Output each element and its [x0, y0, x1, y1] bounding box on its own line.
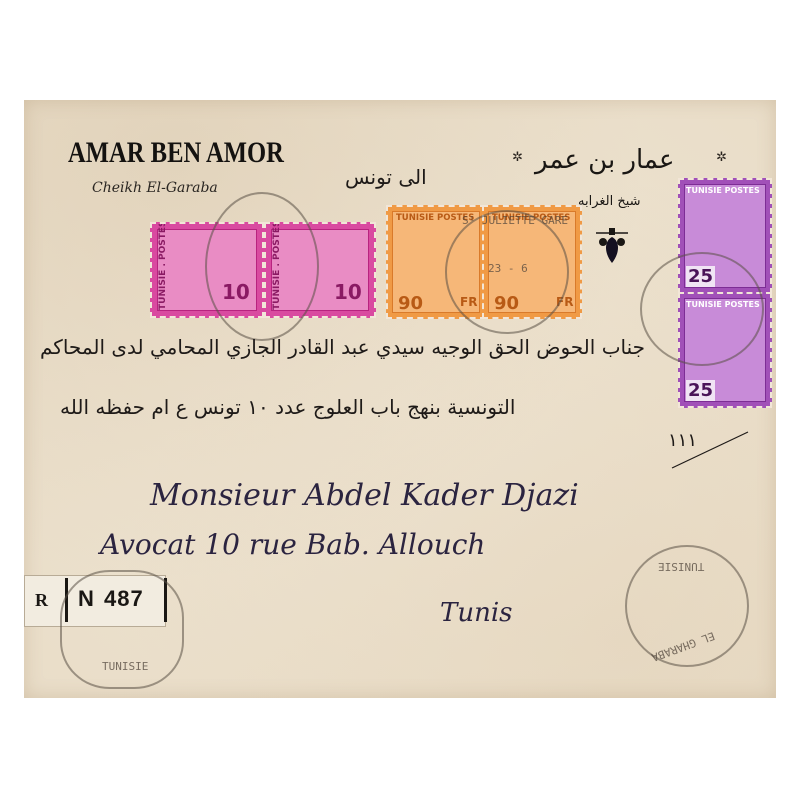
postmark-text: Sᴵ JULIETTE GARE — [462, 214, 568, 227]
arabic-sender-name: عمار بن عمر — [535, 145, 674, 175]
registration-prefix: R — [35, 590, 48, 611]
star-icon: ✲ — [512, 150, 523, 165]
postmark-date: 23 - 6 — [488, 262, 528, 275]
recipient-name: Monsieur Abdel Kader Djazi — [150, 478, 579, 513]
underline-stroke — [670, 430, 750, 470]
arabic-sender-title: شيخ الغرابه — [578, 194, 641, 209]
sender-name: AMAR BEN AMOR — [68, 136, 284, 170]
star-icon: ✲ — [716, 150, 727, 165]
sender-title: Cheikh El-Garaba — [92, 180, 218, 196]
recipient-city: Tunis — [440, 598, 513, 628]
arabic-destination: الى تونس — [345, 165, 427, 189]
postmark — [640, 252, 764, 366]
postmark — [205, 192, 319, 341]
arrival-postmark-top: TUNISIE — [658, 560, 704, 573]
arabic-address-line-2: التونسية بنهج باب العلوج عدد ١٠ تونس ع ا… — [60, 395, 515, 419]
postmark-bottom-text: TUNISIE — [102, 660, 148, 673]
arabic-address-line-1: جناب الحوض الحق الوجيه سيدي عبد القادر ا… — [40, 335, 645, 359]
crest-emblem-icon — [595, 225, 629, 265]
recipient-address: Avocat 10 rue Bab. Allouch — [100, 528, 485, 561]
